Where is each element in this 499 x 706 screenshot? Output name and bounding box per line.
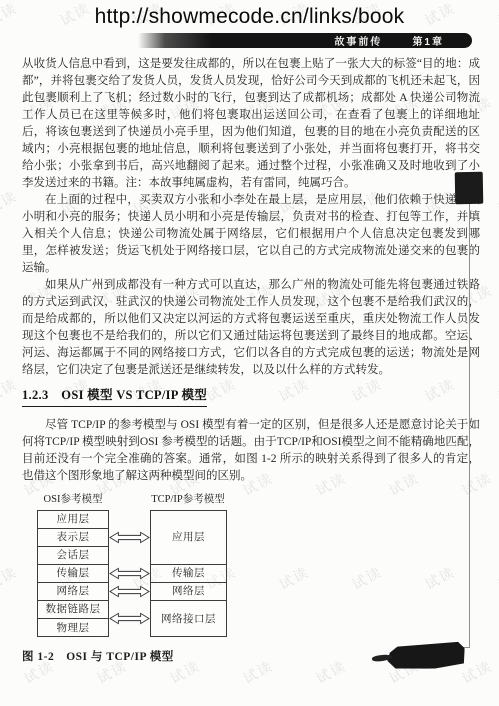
paragraph-3: 如果从广州到成都没有一种方式可以直达，那么广州的物流处可能先将包裹通过铁路的方式… <box>22 277 480 379</box>
osi-model-title: OSI参考模型 <box>22 491 124 508</box>
tcpip-layer-netinterface: 网络接口层 <box>151 601 226 638</box>
osi-layer-datalink: 数据链路层 <box>38 601 108 619</box>
chapter-bar-section-label: 故事前传 <box>334 33 382 48</box>
tcpip-model-box: 应用层 传输层 网络层 网络接口层 <box>150 510 227 637</box>
double-arrow-icon <box>108 612 151 625</box>
watermark-text: 试读 <box>0 374 21 407</box>
double-arrow-icon <box>108 585 151 598</box>
watermark-text: 试读 <box>0 186 21 219</box>
paragraph-2: 在上面的过程中，买卖双方小张和小李处在最上层，是应用层，他们依赖于快递人员小明和… <box>22 192 480 277</box>
watermark-text: 试读 <box>494 186 499 219</box>
page-url: http://showmecode.cn/links/book <box>0 5 499 29</box>
page-body: 从收货人信息中看到，这是要发往成都的，所以在包裹上贴了一张大大的标签“目的地：成… <box>22 56 480 673</box>
osi-model-box: 应用层 表示层 会话层 传输层 网络层 数据链路层 物理层 <box>37 510 109 637</box>
figure-caption: 图 1-2 OSI 与 TCP/IP 模型 <box>22 649 174 666</box>
paragraph-4: 尽管 TCP/IP 的参考模型与 OSI 模型有着一定的区别，但是很多人还是愿意… <box>22 417 480 485</box>
chapter-header-bar: 故事前传 第1章 <box>138 33 472 48</box>
chapter-bar-chapter-label: 第1章 <box>412 33 444 48</box>
tcpip-layer-transport: 传输层 <box>151 565 226 583</box>
book-page: 试读试读试读试读试读试读试读试读试读试读试读试读试读试读试读试读试读试读试读试读… <box>0 0 499 706</box>
osi-layer-transport: 传输层 <box>38 565 108 583</box>
section-heading: 1.2.3 OSI 模型 VS TCP/IP 模型 <box>22 387 480 407</box>
chapter-edge-tab <box>455 172 484 204</box>
tcpip-model-title: TCP/IP参考模型 <box>122 491 254 508</box>
osi-layer-application: 应用层 <box>38 511 108 529</box>
osi-layer-network: 网络层 <box>38 583 108 601</box>
double-arrow-icon <box>108 531 151 544</box>
double-arrow-icon <box>108 567 151 580</box>
paragraph-1: 从收货人信息中看到，这是要发往成都的，所以在包裹上贴了一张大大的标签“目的地：成… <box>22 56 480 192</box>
tcpip-layer-network: 网络层 <box>151 583 226 601</box>
osi-layer-physical: 物理层 <box>38 619 108 637</box>
watermark-text: 试读 <box>494 562 499 595</box>
watermark-text: 试读 <box>494 374 499 407</box>
tcpip-layer-application: 应用层 <box>151 511 226 565</box>
section-heading-text: 1.2.3 OSI 模型 VS TCP/IP 模型 <box>22 387 207 407</box>
osi-layer-session: 会话层 <box>38 547 108 565</box>
osi-layer-presentation: 表示层 <box>38 529 108 547</box>
watermark-text: 试读 <box>0 562 21 595</box>
page-edge-line <box>469 203 470 648</box>
